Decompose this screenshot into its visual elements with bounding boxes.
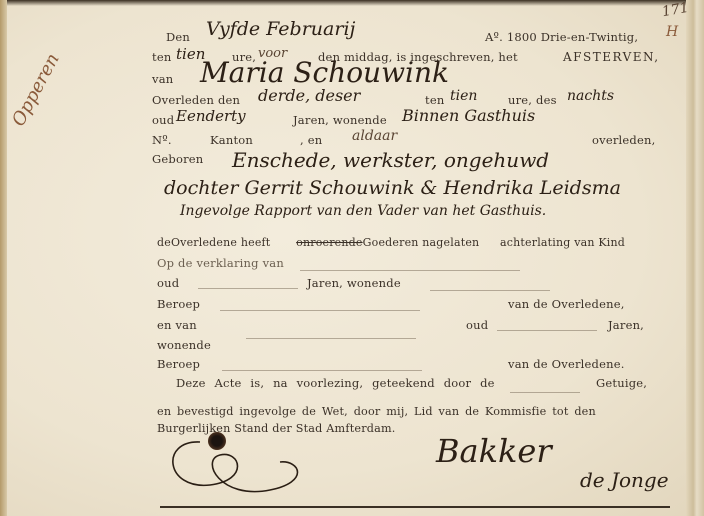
label-beroep-1: Beroep	[157, 297, 200, 311]
label-van: van	[152, 72, 173, 86]
rule-getuige	[510, 392, 580, 393]
label-oud-2: oud	[157, 276, 179, 290]
page-left-edge	[0, 0, 7, 516]
label-goederen-struck: onroerende	[296, 236, 363, 249]
label-geboren: Geboren	[152, 152, 203, 166]
label-en-van: en van	[157, 318, 197, 332]
label-en: , en	[300, 133, 322, 147]
rule-oud-2	[198, 288, 298, 289]
hw-date: Vyfde Februarij	[206, 18, 355, 40]
label-oud-3: oud	[466, 318, 488, 332]
label-van-overledene-2: van de Overledene.	[508, 357, 625, 371]
label-verklaring: Op de verklaring van	[157, 256, 284, 270]
hw-parents-line: dochter Gerrit Schouwink & Hendrika Leid…	[164, 177, 621, 199]
label-goederen-rest: Goederen nagelaten	[363, 236, 480, 249]
top-right-mark: H	[666, 24, 678, 40]
hw-extra-line: Ingevolge Rapport van den Vader van het …	[180, 203, 546, 219]
hw-age: Eenderty	[176, 107, 246, 125]
label-overleden-den: Overleden den	[152, 93, 240, 107]
hw-birth-line: Enschede, werkster, ongehuwd	[232, 148, 549, 172]
label-no: Nº.	[152, 133, 172, 147]
label-wonende-3: wonende	[157, 338, 211, 352]
label-van-overledene-1: van de Overledene,	[508, 297, 625, 311]
label-jaren-wonende-2: Jaren, wonende	[307, 276, 401, 290]
label-kind: achterlating van Kind	[500, 236, 625, 249]
document-page: Opperen 171 H Den Vyfde Februarij Aº. 18…	[0, 0, 704, 516]
bottom-rule	[160, 506, 670, 508]
hw-death-hour: tien	[450, 88, 477, 104]
hw-name: Maria Schouwink	[200, 56, 449, 89]
label-ten-2: ten	[425, 93, 444, 107]
page-gutter	[686, 0, 704, 516]
hw-time-part: nachts	[567, 88, 614, 104]
label-bevestigd: en bevestigd ingevolge de Wet, door mij,…	[157, 405, 596, 418]
label-jaren-wonende: Jaren, wonende	[293, 113, 387, 127]
flourish-mark	[160, 430, 360, 510]
label-afsterven: AFSTERVEN,	[563, 50, 660, 64]
label-jaren-3: Jaren,	[608, 318, 644, 332]
rule-wonende-2	[430, 290, 550, 291]
rule-beroep-2	[222, 370, 422, 371]
label-goederen-start: deOverledene heeft	[157, 236, 270, 249]
scan-top-shadow	[0, 0, 704, 6]
label-ten: ten	[152, 50, 171, 64]
label-overleden: overleden,	[592, 133, 655, 147]
rule-beroep-1	[220, 310, 420, 311]
label-getuige: Getuige,	[596, 376, 647, 390]
label-oud: oud	[152, 113, 174, 127]
hw-death-date: derde, deser	[258, 86, 360, 105]
label-acte: Deze Acte is, na voorlezing, geteekend d…	[176, 376, 495, 390]
margin-annotation: Opperen	[8, 50, 64, 130]
hw-place: aldaar	[352, 128, 397, 144]
signature-suffix: de Jonge	[580, 468, 669, 492]
signature: Bakker	[436, 432, 552, 470]
label-den: Den	[166, 30, 190, 44]
rule-oud-3	[497, 330, 597, 331]
label-goederen: deOverledene heeft onroerendeGoederen na…	[157, 236, 479, 249]
label-ure-des: ure, des	[508, 93, 557, 107]
rule-wonende-3	[246, 338, 416, 339]
hw-residence: Binnen Gasthuis	[402, 106, 535, 125]
label-kanton: Kanton	[210, 133, 253, 147]
rule-verklaring	[300, 270, 520, 271]
label-year: Aº. 1800 Drie-en-Twintig,	[485, 30, 638, 44]
label-beroep-2: Beroep	[157, 357, 200, 371]
